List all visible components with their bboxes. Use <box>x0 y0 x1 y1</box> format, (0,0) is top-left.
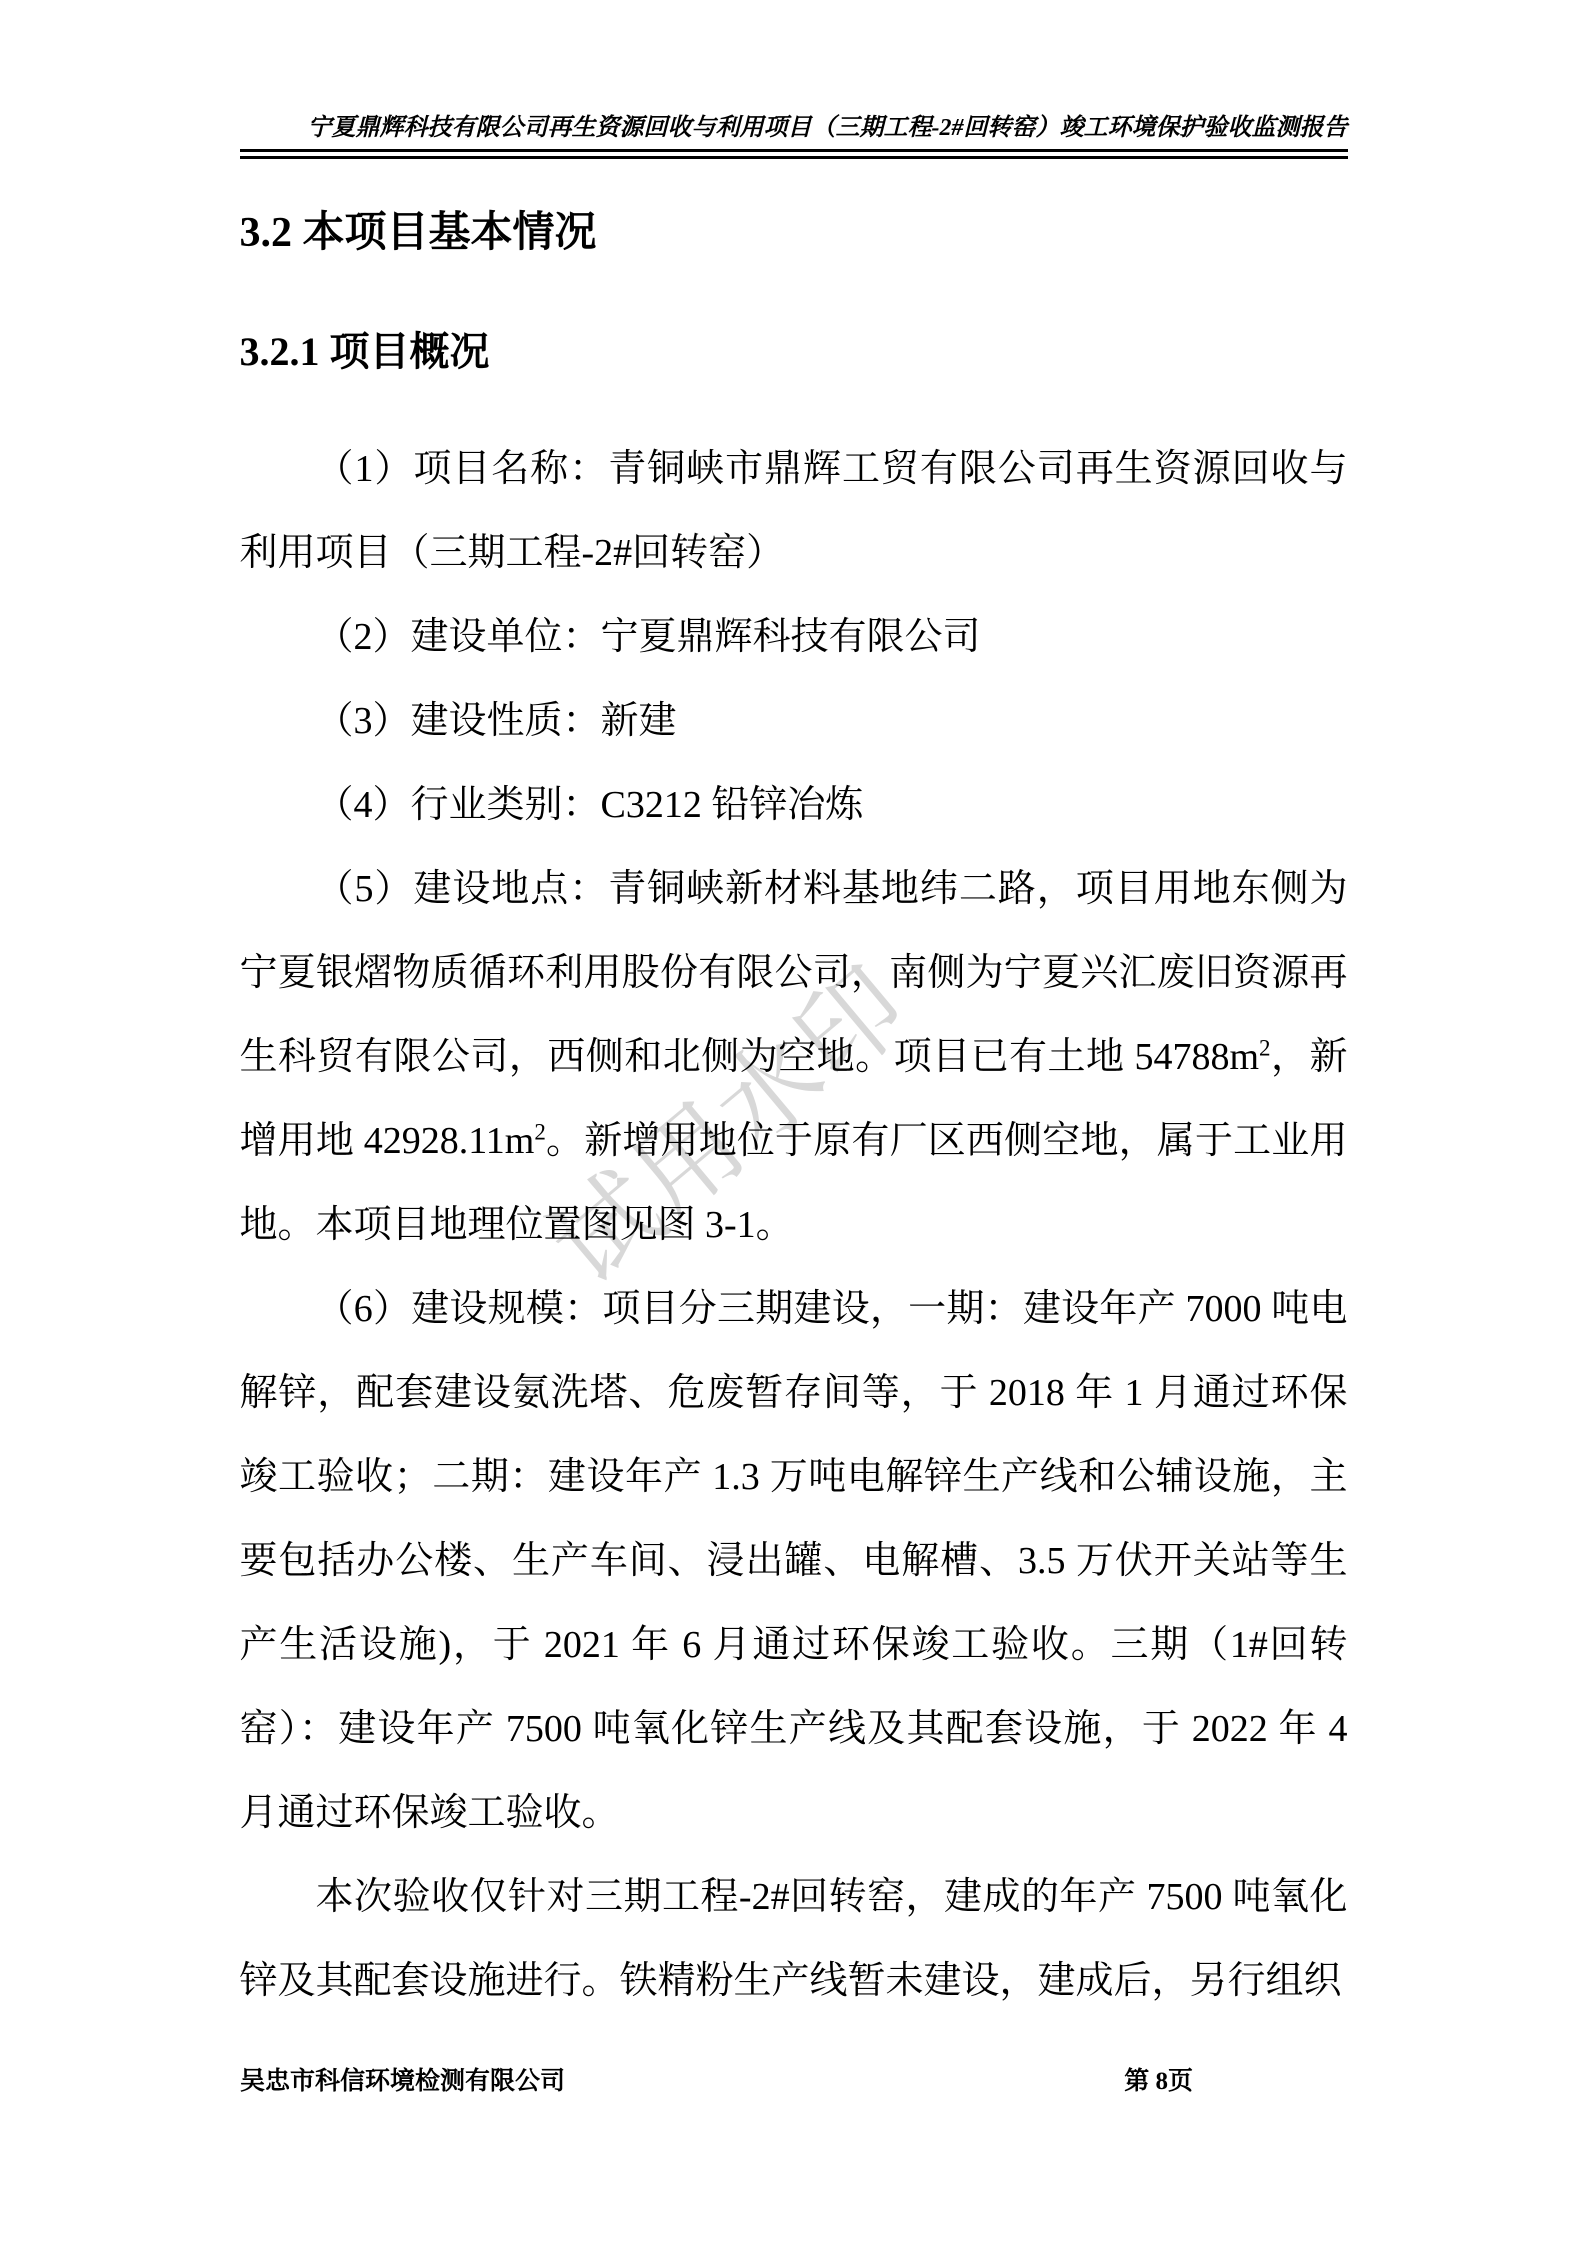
paragraph-acceptance-scope: 本次验收仅针对三期工程-2#回转窑，建成的年产 7500 吨氧化锌及其配套设施进… <box>240 1855 1348 2023</box>
superscript-square-meter: 2 <box>1259 1035 1271 1060</box>
footer-company-name: 吴忠市科信环境检测有限公司 <box>240 2066 565 2098</box>
paragraph-construction-nature: （3）建设性质：新建 <box>240 679 1348 763</box>
header-title: 宁夏鼎辉科技有限公司再生资源回收与利用项目（三期工程-2#回转窑）竣工环境保护验… <box>240 112 1348 144</box>
paragraph-construction-site: （5）建设地点：青铜峡新材料基地纬二路，项目用地东侧为宁夏银熠物质循环利用股份有… <box>240 847 1348 1267</box>
subsection-heading: 3.2.1 项目概况 <box>240 329 1348 375</box>
paragraph-project-name: （1）项目名称：青铜峡市鼎辉工贸有限公司再生资源回收与利用项目（三期工程-2#回… <box>240 427 1348 595</box>
paragraph-construction-unit: （2）建设单位：宁夏鼎辉科技有限公司 <box>240 595 1348 679</box>
body-paragraphs: （1）项目名称：青铜峡市鼎辉工贸有限公司再生资源回收与利用项目（三期工程-2#回… <box>240 427 1348 2023</box>
superscript-square-meter: 2 <box>534 1119 546 1144</box>
section-heading: 3.2 本项目基本情况 <box>240 209 1348 257</box>
page-header: 宁夏鼎辉科技有限公司再生资源回收与利用项目（三期工程-2#回转窑）竣工环境保护验… <box>240 0 1348 159</box>
paragraph-industry-category: （4）行业类别：C3212 铅锌冶炼 <box>240 763 1348 847</box>
page-footer: 吴忠市科信环境检测有限公司 第 8页 <box>240 2066 1348 2098</box>
paragraph-construction-scale: （6）建设规模：项目分三期建设，一期：建设年产 7000 吨电解锌，配套建设氨洗… <box>240 1267 1348 1855</box>
footer-page-number: 第 8页 <box>1124 2066 1193 2098</box>
content-column: 宁夏鼎辉科技有限公司再生资源回收与利用项目（三期工程-2#回转窑）竣工环境保护验… <box>240 0 1348 2023</box>
header-double-rule <box>240 149 1348 159</box>
site-text-run-1: （5）建设地点：青铜峡新材料基地纬二路，项目用地东侧为宁夏银熠物质循环利用股份有… <box>240 868 1348 1078</box>
document-page: 试用水印 宁夏鼎辉科技有限公司再生资源回收与利用项目（三期工程-2#回转窑）竣工… <box>0 0 1587 2245</box>
